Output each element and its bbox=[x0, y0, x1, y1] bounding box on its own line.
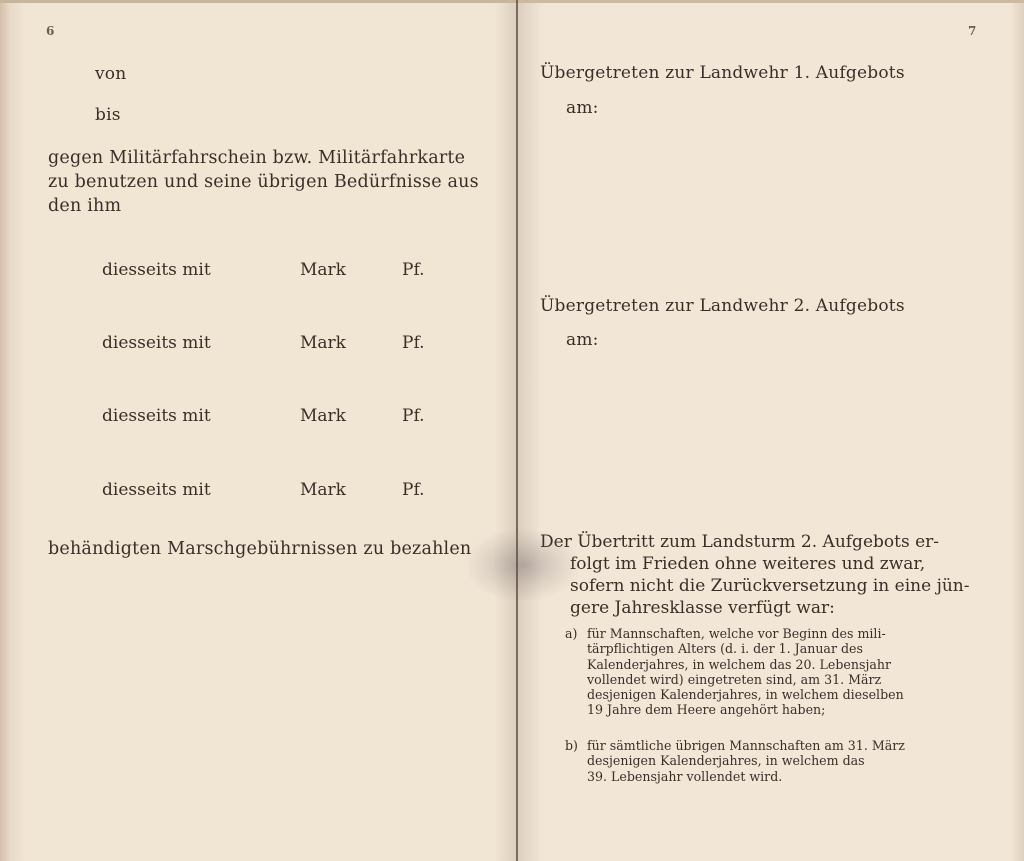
section3-line: sofern nicht die Zurückversetzung in ein… bbox=[540, 575, 980, 597]
item-line: 19 Jahre dem Heere angehört haben; bbox=[587, 702, 960, 717]
section2-date-label: am: bbox=[566, 330, 599, 350]
booklet-spread: 6 von bis gegen Militärfahrschein bzw. M… bbox=[0, 0, 1024, 861]
left-closing-line: behändigten Marschgebührnissen zu bezahl… bbox=[48, 538, 471, 561]
payment-row: diesseits mit Mark Pf. bbox=[102, 260, 462, 284]
item-line: desjenigen Kalenderjahres, in welchem da… bbox=[587, 753, 960, 768]
section2-heading: Übergetreten zur Landwehr 2. Aufgebots bbox=[540, 296, 905, 316]
line-von: von bbox=[95, 64, 126, 84]
currency-pf: Pf. bbox=[402, 260, 425, 280]
line-bis: bis bbox=[95, 105, 121, 125]
left-paragraph-line-3: den ihm bbox=[48, 195, 121, 218]
currency-mark: Mark bbox=[300, 480, 346, 500]
item-line: tärpflichtigen Alters (d. i. der 1. Janu… bbox=[587, 641, 960, 656]
currency-pf: Pf. bbox=[402, 406, 425, 426]
item-marker: a) bbox=[565, 626, 577, 641]
section1-heading: Übergetreten zur Landwehr 1. Aufgebots bbox=[540, 63, 905, 83]
list-item-b: b) für sämtliche übrigen Mannschaften am… bbox=[565, 738, 960, 784]
payment-label: diesseits mit bbox=[102, 333, 211, 353]
item-line: vollendet wird) eingetreten sind, am 31.… bbox=[587, 672, 960, 687]
right-page bbox=[518, 0, 1024, 861]
currency-mark: Mark bbox=[300, 260, 346, 280]
payment-row: diesseits mit Mark Pf. bbox=[102, 480, 462, 504]
left-page bbox=[0, 0, 518, 861]
payment-label: diesseits mit bbox=[102, 480, 211, 500]
payment-row: diesseits mit Mark Pf. bbox=[102, 406, 462, 430]
item-marker: b) bbox=[565, 738, 578, 753]
section1-date-label: am: bbox=[566, 98, 599, 118]
payment-label: diesseits mit bbox=[102, 406, 211, 426]
left-page-number: 6 bbox=[46, 24, 54, 38]
item-line: 39. Lebensjahr vollendet wird. bbox=[587, 769, 960, 784]
ink-stain bbox=[468, 530, 578, 600]
section3-line: folgt im Frieden ohne weiteres und zwar, bbox=[540, 553, 980, 575]
item-line: für Mannschaften, welche vor Beginn des … bbox=[587, 626, 960, 641]
book-gutter bbox=[516, 0, 518, 861]
section3-line: Der Übertritt zum Landsturm 2. Aufgebots… bbox=[540, 531, 980, 553]
item-line: desjenigen Kalenderjahres, in welchem di… bbox=[587, 687, 960, 702]
payment-label: diesseits mit bbox=[102, 260, 211, 280]
section3-paragraph: Der Übertritt zum Landsturm 2. Aufgebots… bbox=[540, 531, 980, 619]
section3-line: gere Jahresklasse verfügt war: bbox=[540, 597, 980, 619]
currency-mark: Mark bbox=[300, 406, 346, 426]
currency-mark: Mark bbox=[300, 333, 346, 353]
right-page-number: 7 bbox=[968, 24, 976, 38]
currency-pf: Pf. bbox=[402, 333, 425, 353]
item-line: Kalenderjahres, in welchem das 20. Leben… bbox=[587, 657, 960, 672]
item-line: für sämtliche übrigen Mannschaften am 31… bbox=[587, 738, 960, 753]
currency-pf: Pf. bbox=[402, 480, 425, 500]
list-item-a: a) für Mannschaften, welche vor Beginn d… bbox=[565, 626, 960, 718]
left-paragraph-line-2: zu benutzen und seine übrigen Bedürfniss… bbox=[48, 171, 479, 194]
left-paragraph-line-1: gegen Militärfahrschein bzw. Militärfahr… bbox=[48, 147, 465, 170]
payment-row: diesseits mit Mark Pf. bbox=[102, 333, 462, 357]
